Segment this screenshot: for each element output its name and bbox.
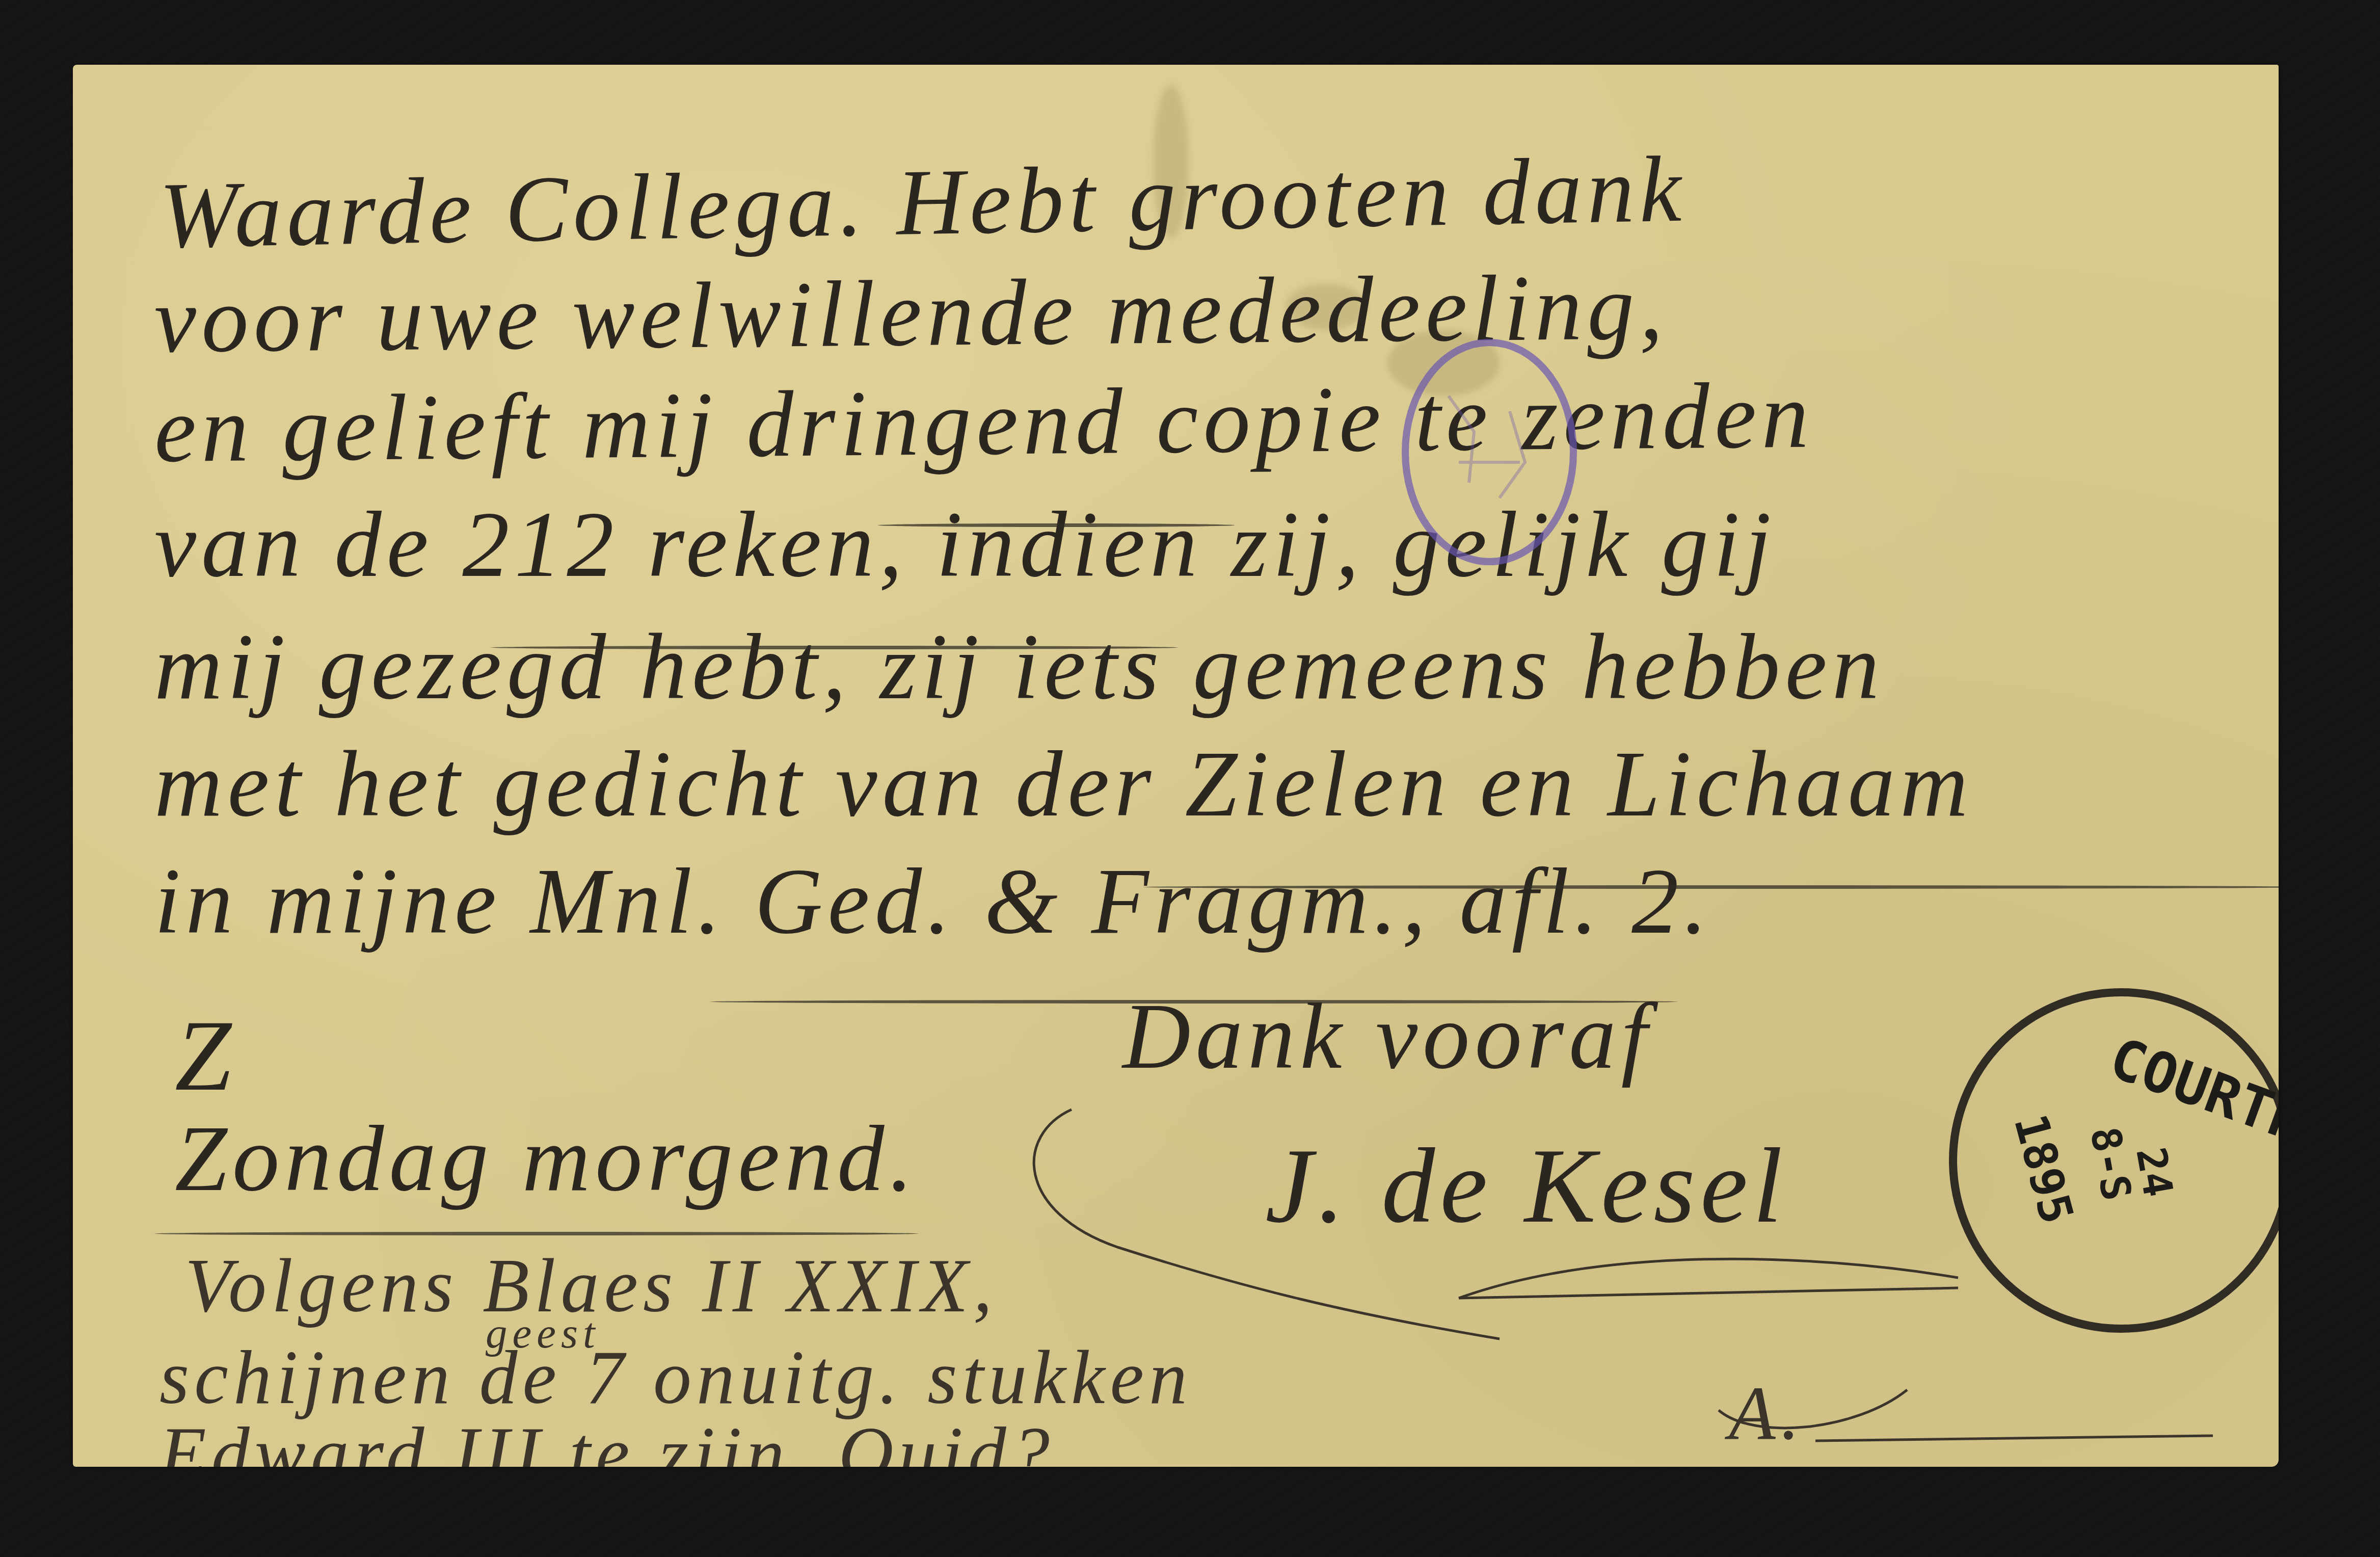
postscript-line-3: Edward III te zijn. Quid?.: [159, 1410, 1079, 1467]
underline-date: [154, 1232, 919, 1235]
purple-oval-stamp: [1393, 330, 1586, 574]
postscript-line-2: schijnen de 7 onuitg. stukken: [159, 1334, 1192, 1421]
letter-line-1: Waarde Collega. Hebt grooten dank: [158, 135, 1687, 270]
closing-text: Dank vooraf: [1122, 982, 1652, 1091]
signature: J. de Kesel: [1265, 1125, 1787, 1248]
underline-212-reken: [491, 646, 1179, 649]
postmark-year: 1895: [2003, 1109, 2084, 1230]
letter-line-6: met het gedicht van der Zielen en Lichaa…: [154, 730, 1973, 838]
initials-bottom: A.: [1729, 1369, 1805, 1457]
letter-line-7: in mijne Mnl. Ged. & Fragm., afl. 2.: [154, 847, 1713, 956]
underline-dringend: [878, 523, 1235, 527]
postcard: Waarde Collega. Hebt grooten dank voor u…: [73, 65, 2279, 1467]
courtrai-postmark: COURTRAI 24 8-S 1895: [1938, 977, 2279, 1344]
date-note: Zondag morgend.: [175, 1104, 918, 1213]
postmark-hour: 8-S: [2081, 1123, 2141, 1204]
underline-van-der-zielen: [1143, 885, 2279, 889]
letter-line-5: mij gezegd hebt, zij iets gemeens hebben: [154, 613, 1884, 721]
date-note-mark: Z: [175, 997, 236, 1114]
